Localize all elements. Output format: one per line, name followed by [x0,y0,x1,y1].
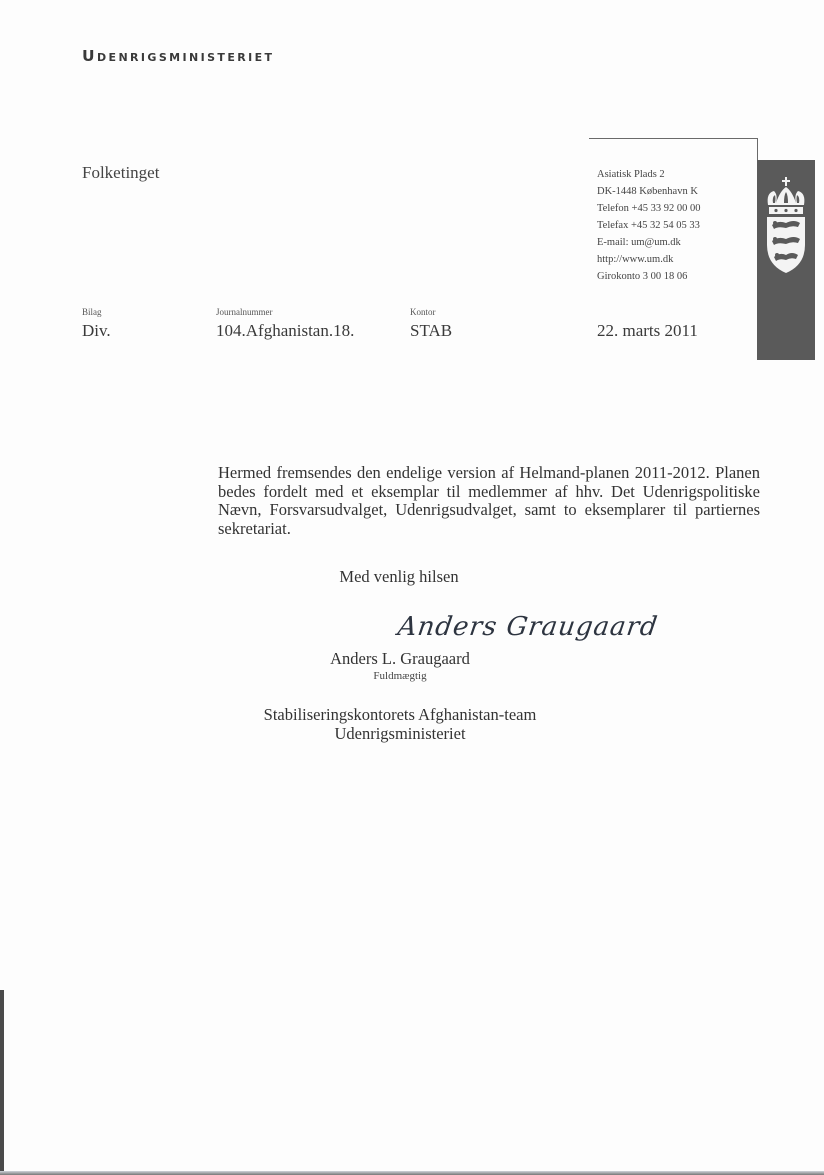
address-website: http://www.um.dk [597,251,700,268]
address-phone: Telefon +45 33 92 00 00 [597,200,700,217]
letter-body: Hermed fremsendes den endelige version a… [218,464,760,538]
address-city: DK-1448 København K [597,183,700,200]
bilag-label: Bilag [82,307,102,317]
signer-title: Fuldmægtig [0,670,812,682]
closing-greeting: Med venlig hilsen [0,567,811,587]
sender-address: Asiatisk Plads 2 DK-1448 København K Tel… [597,166,700,285]
letter-date: 22. marts 2011 [597,321,698,341]
address-email: E-mail: um@um.dk [597,234,700,251]
letterhead-organization: Udenrigsministeriet [82,47,274,65]
signer-team: Stabiliseringskontorets Afghanistan-team [0,705,812,725]
scan-edge-left [0,990,4,1175]
letterhead-frame-line-vertical [757,138,758,160]
kontor-value: STAB [410,321,452,341]
recipient: Folketinget [82,163,159,183]
handwritten-signature: Anders Graugaard [396,612,660,642]
danish-royal-coat-of-arms-icon [764,175,808,275]
letterhead-frame-line [589,138,757,139]
address-street: Asiatisk Plads 2 [597,166,700,183]
address-fax: Telefax +45 32 54 05 33 [597,217,700,234]
signer-name: Anders L. Graugaard [0,649,812,669]
signer-ministry: Udenrigsministeriet [0,724,812,744]
bilag-value: Div. [82,321,111,341]
journalnummer-value: 104.Afghanistan.18. [216,321,354,341]
journalnummer-label: Journalnummer [216,307,273,317]
address-giro: Girokonto 3 00 18 06 [597,268,700,285]
kontor-label: Kontor [410,307,436,317]
scan-edge-bottom [0,1171,824,1175]
